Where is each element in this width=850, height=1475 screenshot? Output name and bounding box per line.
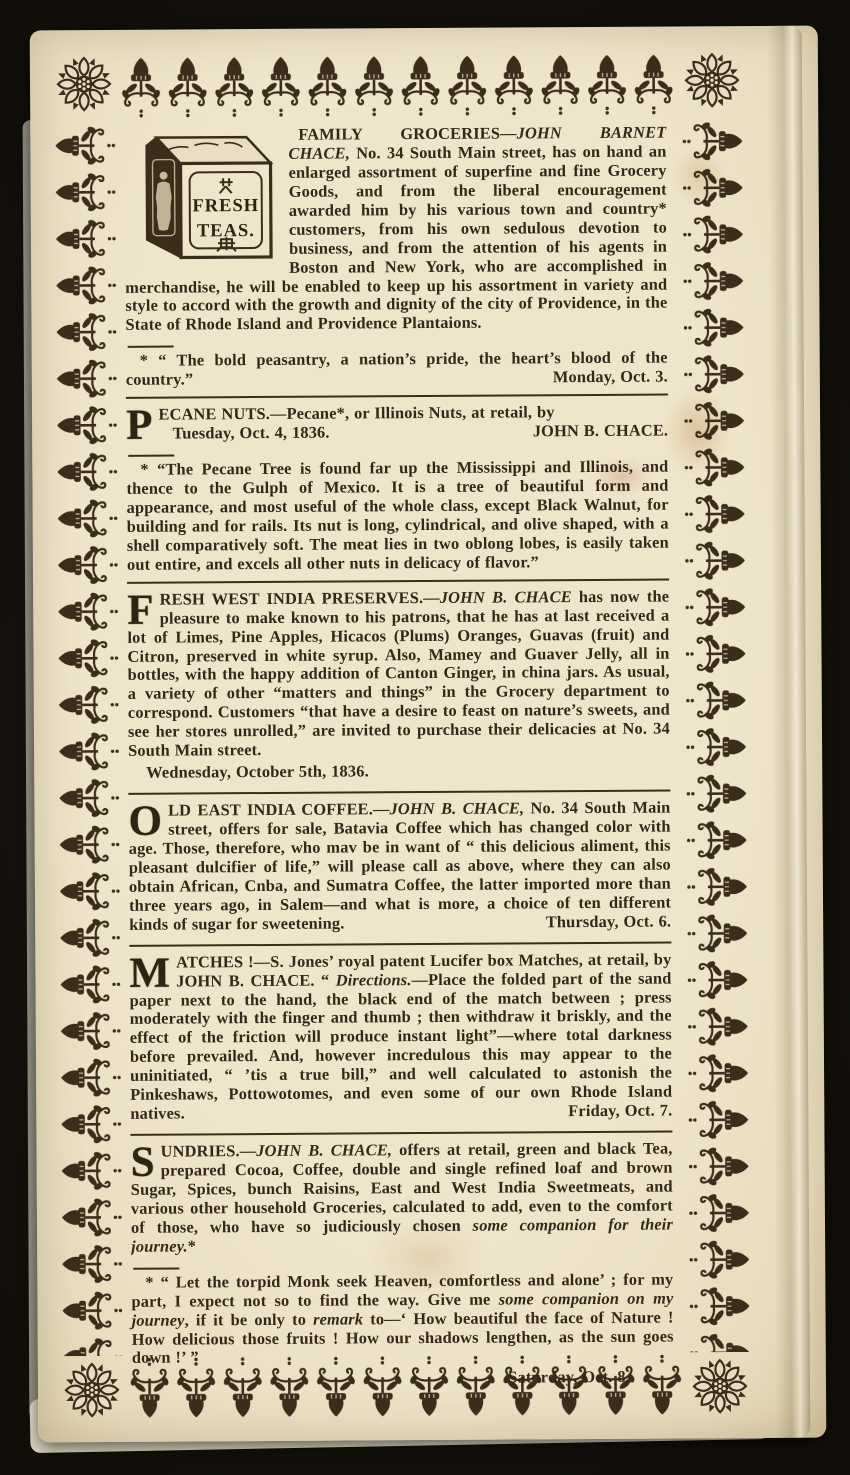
footnote-rule: [133, 1267, 179, 1269]
merchant-name: JOHN B. CHACE,: [256, 1140, 392, 1160]
section-heading: RESH WEST INDIA PRESERVES.—: [160, 588, 440, 609]
date-monday: Monday, Oct. 3.: [531, 368, 668, 388]
signature: JOHN B. CHACE.: [525, 422, 668, 442]
merchant-name: JOHN B. CHACE: [440, 587, 572, 607]
section-rule: [128, 790, 670, 795]
merchant-name: JOHN B. CHACE,: [389, 798, 524, 818]
section-heading: ECANE NUTS.—Pecane*, or Illinois Nuts, a…: [158, 402, 554, 423]
corner-rosette-icon: [54, 54, 114, 114]
section-rule: [127, 578, 669, 583]
fold-crease: [768, 26, 811, 1438]
date-wednesday: Wednesday, October 5th, 1836.: [128, 761, 670, 783]
drop-cap: F: [127, 590, 160, 627]
photo-background: FRESH TEAS. FAMILY GROCERIES—JOHN BARNET…: [0, 0, 850, 1475]
date-tuesday: Tuesday, Oct. 4, 1836.: [159, 423, 330, 443]
drop-cap: M: [129, 953, 176, 990]
corner-rosette-icon: [62, 1360, 122, 1420]
corner-rosette-icon: [690, 1356, 750, 1416]
paragraph-matches: MATCHES !—S. Jones’ royal patent Lucifer…: [129, 950, 672, 1124]
body-text: has now the pleasure to make known to hi…: [127, 586, 670, 760]
section-heading: FAMILY GROCERIES—: [298, 123, 516, 143]
drop-cap: O: [128, 802, 168, 839]
footnote-rule: [128, 455, 174, 457]
section-east-india-coffee: OLD EAST INDIA COFFEE.—JOHN B. CHACE, No…: [128, 796, 671, 938]
section-matches: MATCHES !—S. Jones’ royal patent Lucifer…: [129, 947, 672, 1127]
section-heading: UNDRIES.—: [161, 1141, 257, 1161]
acorn-border-left: [52, 122, 124, 1356]
paragraph-pecane: PECANE NUTS.—Pecane*, or Illinois Nuts, …: [126, 403, 668, 444]
drop-cap: S: [130, 1143, 160, 1180]
footnote-torpid-monk: * “ Let the torpid Monk seek Heaven, com…: [131, 1270, 674, 1368]
acorn-border-top: [118, 50, 678, 119]
date-saturday: Saturday, Oct. 8.: [132, 1368, 674, 1390]
broadside-page: FRESH TEAS. FAMILY GROCERIES—JOHN BARNET…: [30, 26, 827, 1443]
tea-chest-illustration: FRESH TEAS.: [124, 125, 277, 266]
date-friday: Friday, Oct. 7.: [560, 1102, 672, 1122]
body-text: —Place the folded part of the sand paper…: [130, 968, 673, 1123]
acorn-border-right: [682, 118, 754, 1352]
drop-cap: P: [126, 406, 159, 443]
footnote-marker: *: [188, 1236, 196, 1255]
directions-label: Directions.: [336, 970, 412, 989]
section-heading: LD EAST INDIA COFFEE.—: [168, 799, 390, 819]
footnote-peasantry: * “ The bold peasantry, a nation’s pride…: [126, 349, 668, 390]
paragraph-sundries: SUNDRIES.—JOHN B. CHACE, offers at retai…: [130, 1140, 673, 1257]
footnote-pecane-tree: * “The Pecane Tree is found far up the M…: [126, 458, 669, 575]
section-sundries: SUNDRIES.—JOHN B. CHACE, offers at retai…: [130, 1137, 673, 1260]
paragraph-preserves: FRESH WEST INDIA PRESERVES.—JOHN B. CHAC…: [127, 587, 670, 761]
section-rule: [126, 394, 668, 399]
advertisement-column: FRESH TEAS. FAMILY GROCERIES—JOHN BARNET…: [124, 121, 674, 1394]
remark-word: remark: [313, 1309, 363, 1328]
section-west-india-preserves: FRESH WEST INDIA PRESERVES.—JOHN B. CHAC…: [127, 584, 670, 786]
date-thursday: Thursday, Oct. 6.: [538, 912, 671, 932]
fresh-teas-label-line1: FRESH: [192, 196, 259, 216]
section-rule: [129, 941, 671, 946]
paragraph-coffee: OLD EAST INDIA COFFEE.—JOHN B. CHACE, No…: [128, 799, 671, 935]
footnote-rule: [128, 346, 174, 348]
footnote-text: , if it be only to: [184, 1309, 313, 1329]
corner-rosette-icon: [682, 50, 742, 110]
section-rule: [130, 1131, 672, 1136]
section-pecane-nuts: PECANE NUTS.—Pecane*, or Illinois Nuts, …: [126, 400, 668, 447]
section-family-groceries: FRESH TEAS. FAMILY GROCERIES—JOHN BARNET…: [124, 121, 667, 339]
